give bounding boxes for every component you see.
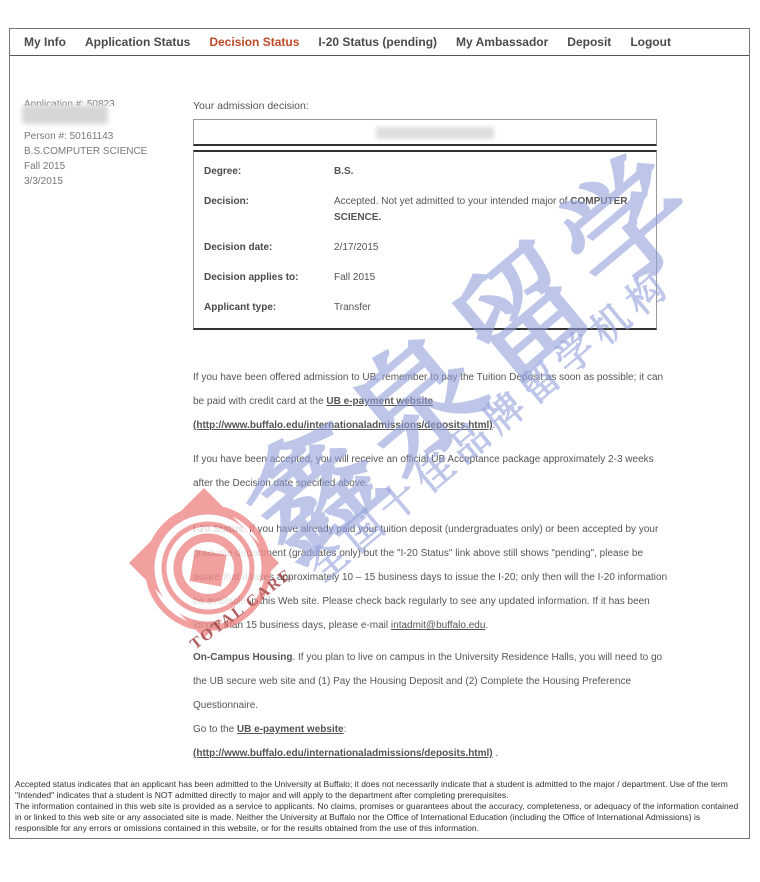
table-row-applicant-type: Applicant type: Transfer: [194, 293, 656, 323]
i20-status-paragraph: I-20 Status. If you have already paid yo…: [193, 518, 671, 638]
top-nav: My Info Application Status Decision Stat…: [10, 29, 749, 56]
acceptance-package-paragraph: If you have been accepted, you will rece…: [193, 448, 671, 496]
decision-label: Your admission decision:: [193, 100, 671, 112]
housing-epayment-link[interactable]: UB e-payment website: [237, 724, 344, 735]
row-label: Decision:: [204, 194, 334, 226]
table-row-applies-to: Decision applies to: Fall 2015: [194, 263, 656, 293]
row-value: Transfer: [334, 300, 646, 316]
row-label: Degree:: [204, 164, 334, 180]
table-row-decision-date: Decision date: 2/17/2015: [194, 233, 656, 263]
row-value: B.S.: [334, 164, 646, 180]
term: Fall 2015: [24, 159, 192, 174]
person-number: Person #: 50161143: [24, 129, 192, 144]
paragraph-text: If you have already paid your tuition de…: [193, 524, 667, 631]
disclaimer-footer: Accepted status indicates that an applic…: [15, 779, 745, 834]
page-container: My Info Application Status Decision Stat…: [9, 28, 750, 839]
epayment-url-link[interactable]: (http://www.buffalo.edu/internationaladm…: [193, 420, 493, 431]
paragraph-text: Go to the: [193, 724, 237, 735]
nav-i20-status[interactable]: I-20 Status (pending): [318, 35, 437, 49]
decision-table: Degree: B.S. Decision: Accepted. Not yet…: [193, 150, 657, 330]
row-label: Applicant type:: [204, 300, 334, 316]
row-value: Fall 2015: [334, 270, 646, 286]
nav-logout[interactable]: Logout: [630, 35, 671, 49]
redacted-student-name: [376, 127, 494, 139]
epayment-link[interactable]: UB e-payment website: [326, 396, 433, 407]
row-value: 2/17/2015: [334, 240, 646, 256]
decision-text: Accepted. Not yet admitted to your inten…: [334, 196, 570, 207]
i20-status-lead: I-20 Status.: [193, 524, 246, 535]
nav-deposit[interactable]: Deposit: [567, 35, 611, 49]
nav-my-ambassador[interactable]: My Ambassador: [456, 35, 548, 49]
tuition-deposit-paragraph: If you have been offered admission to UB…: [193, 366, 671, 438]
application-date: 3/3/2015: [24, 174, 192, 189]
intadmit-email-link[interactable]: intadmit@buffalo.edu: [391, 620, 485, 631]
table-row-degree: Degree: B.S.: [194, 157, 656, 187]
row-label: Decision applies to:: [204, 270, 334, 286]
housing-lead: On-Campus Housing: [193, 652, 292, 663]
row-value: Accepted. Not yet admitted to your inten…: [334, 194, 646, 226]
admission-name-box: [193, 119, 657, 146]
redacted-applicant-name: [22, 105, 108, 124]
paragraph-text: .: [493, 748, 499, 759]
nav-decision-status[interactable]: Decision Status: [209, 35, 299, 49]
row-label: Decision date:: [204, 240, 334, 256]
housing-paragraph: On-Campus Housing. If you plan to live o…: [193, 646, 671, 766]
nav-application-status[interactable]: Application Status: [85, 35, 190, 49]
paragraph-text: .: [485, 620, 488, 631]
decision-period: .: [378, 212, 381, 223]
table-row-decision: Decision: Accepted. Not yet admitted to …: [194, 187, 656, 233]
housing-epayment-url-link[interactable]: (http://www.buffalo.edu/internationaladm…: [193, 748, 493, 759]
program-name: B.S.COMPUTER SCIENCE: [24, 144, 192, 159]
nav-my-info[interactable]: My Info: [24, 35, 66, 49]
disclaimer-paragraph-1: Accepted status indicates that an applic…: [15, 779, 745, 801]
paragraph-text: .: [493, 420, 496, 431]
disclaimer-paragraph-2: The information contained in this web si…: [15, 801, 745, 834]
sidebar-summary: Application #: 50823 Person #: 50161143 …: [24, 97, 192, 189]
paragraph-text: :: [344, 724, 347, 735]
decision-main: Your admission decision: Degree: B.S. De…: [193, 100, 671, 766]
